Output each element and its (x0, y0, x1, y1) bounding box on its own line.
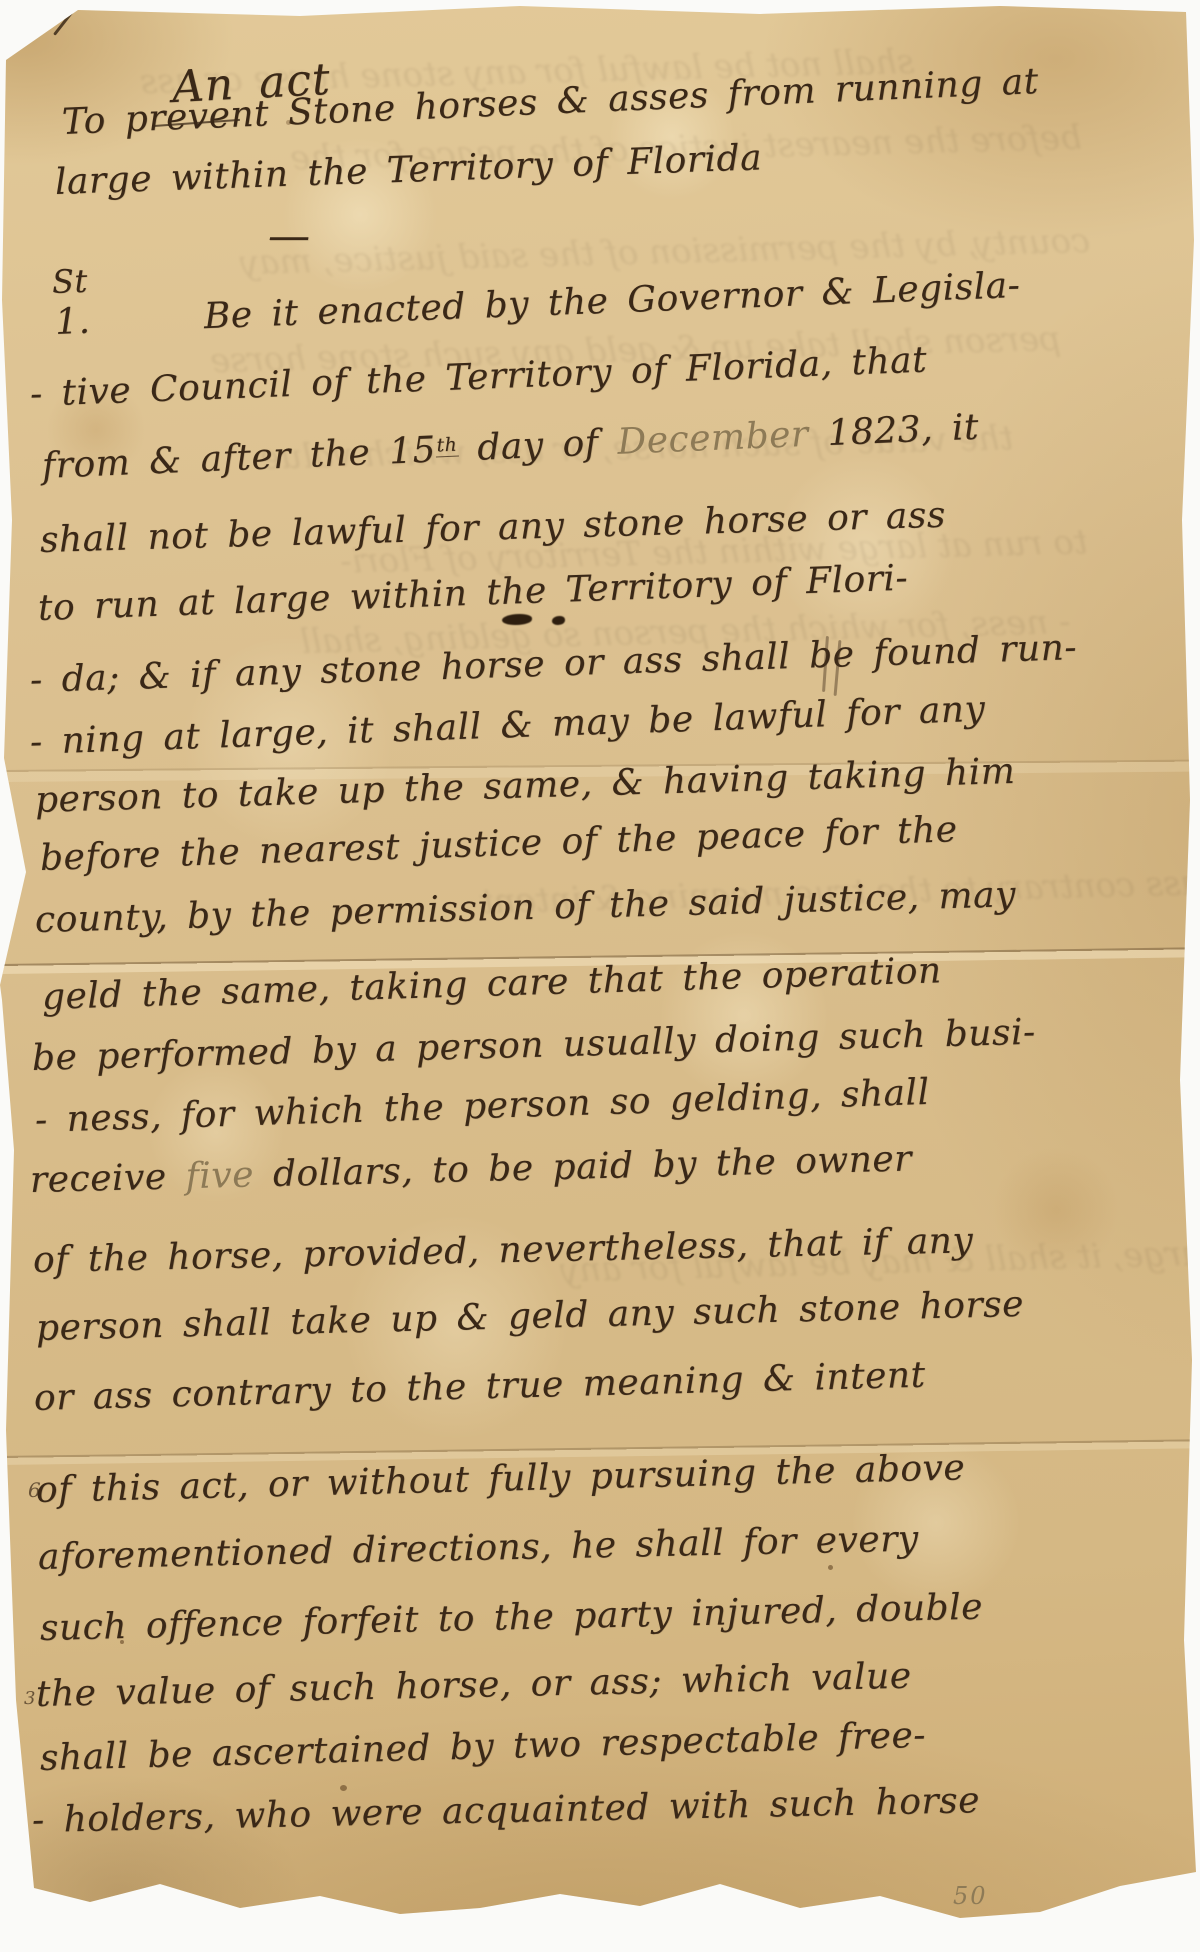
ink-text: such offence forfeit to the party injure… (40, 1587, 984, 1649)
ink-text: or ass contrary to the true meaning & in… (33, 1355, 926, 1419)
manuscript-line-17: - ness, for which the person so gelding,… (34, 1070, 930, 1143)
ink-text: person shall take up & geld any such sto… (35, 1284, 1024, 1349)
ink-text: before the nearest justice of the peace … (39, 809, 958, 879)
page-number-pencil: 50 (953, 1882, 988, 1910)
manuscript-text: An act To prevent Stone horses & asses f… (0, 0, 1200, 1952)
manuscript-line-22: of this act, or without fully pursuing t… (35, 1445, 965, 1513)
paper-speck (828, 1565, 833, 1570)
paper-speck (340, 1785, 347, 1791)
ink-text: St (51, 262, 88, 301)
manuscript-line-21: or ass contrary to the true meaning & in… (33, 1353, 926, 1421)
ink-text: large within the Territory of Florida (54, 137, 762, 203)
paper-sheet: shall not be lawful for any stone horse … (0, 0, 1200, 1952)
manuscript-line-5: 1. Be it enacted by the Governor & Legis… (54, 263, 1021, 345)
manuscript-line-3: — (268, 210, 311, 263)
superscript-ordinal: th (435, 434, 458, 457)
ink-text: be performed by a person usually doing s… (31, 1012, 1036, 1079)
manuscript-line-8: shall not be lawful for any stone horse … (39, 493, 946, 563)
pencil-word: December (617, 414, 810, 463)
manuscript-line-2: large within the Territory of Florida (54, 135, 763, 205)
ink-text: - ness, for which the person so gelding,… (34, 1072, 930, 1141)
manuscript-line-14: county, by the permission of the said ju… (34, 872, 1016, 943)
manuscript-line-25: the value of such horse, or ass; which v… (36, 1654, 912, 1717)
ink-text: aforementioned directions, he shall for … (38, 1519, 920, 1578)
ink-text: shall not be lawful for any stone horse … (39, 495, 946, 561)
ink-text: of this act, or without fully pursuing t… (35, 1447, 965, 1511)
manuscript-line-9: to run at large within the Territory of … (37, 556, 909, 631)
manuscript-line-7: from & after the 15th day of December 18… (41, 405, 980, 489)
manuscript-line-4: St (51, 261, 88, 302)
ink-text: — (268, 211, 311, 260)
ink-text: - tive Council of the Territory of Flori… (29, 340, 928, 415)
ink-text: county, by the permission of the said ju… (34, 874, 1016, 941)
ink-text: geld the same, taking care that the oper… (41, 950, 942, 1018)
ink-text: receive (29, 1156, 186, 1201)
ink-text: - ning at large, it shall & may be lawfu… (29, 689, 986, 763)
ink-text: the value of such horse, or ass; which v… (36, 1656, 912, 1715)
ink-text: shall be ascertained by two respectable … (39, 1715, 926, 1779)
margin-mark-6: 6 (28, 1478, 41, 1502)
ink-text: day of (458, 422, 619, 470)
ink-text: dollars, to be paid by the owner (254, 1138, 913, 1195)
manuscript-line-24: such offence forfeit to the party injure… (39, 1585, 983, 1651)
ink-text: to run at large within the Territory of … (37, 558, 908, 629)
manuscript-line-20: person shall take up & geld any such sto… (35, 1282, 1024, 1351)
paper-speck (286, 120, 291, 125)
manuscript-line-18: receive five dollars, to be paid by the … (29, 1136, 912, 1203)
ink-text: from & after the 15 (41, 430, 437, 487)
manuscript-line-26: shall be ascertained by two respectable … (39, 1713, 926, 1781)
paper-speck (120, 1640, 124, 1644)
manuscript-line-19: of the horse, provided, nevertheless, th… (33, 1218, 974, 1283)
margin-mark-3: 3 (24, 1688, 35, 1709)
manuscript-line-27: - holders, who were acquainted with such… (32, 1778, 981, 1843)
ink-text: of the horse, provided, nevertheless, th… (33, 1220, 974, 1281)
ink-text: 1823, it (808, 407, 980, 455)
manuscript-line-23: aforementioned directions, he shall for … (38, 1517, 920, 1580)
pencil-word: five (185, 1155, 254, 1198)
ink-text: - holders, who were acquainted with such… (32, 1780, 981, 1841)
manuscript-line-15: geld the same, taking care that the oper… (41, 948, 942, 1020)
manuscript-line-6: - tive Council of the Territory of Flori… (29, 338, 928, 417)
scanned-manuscript-page: shall not be lawful for any stone horse … (0, 0, 1200, 1952)
ink-text: 1. Be it enacted by the Governor & Legis… (54, 265, 1021, 343)
